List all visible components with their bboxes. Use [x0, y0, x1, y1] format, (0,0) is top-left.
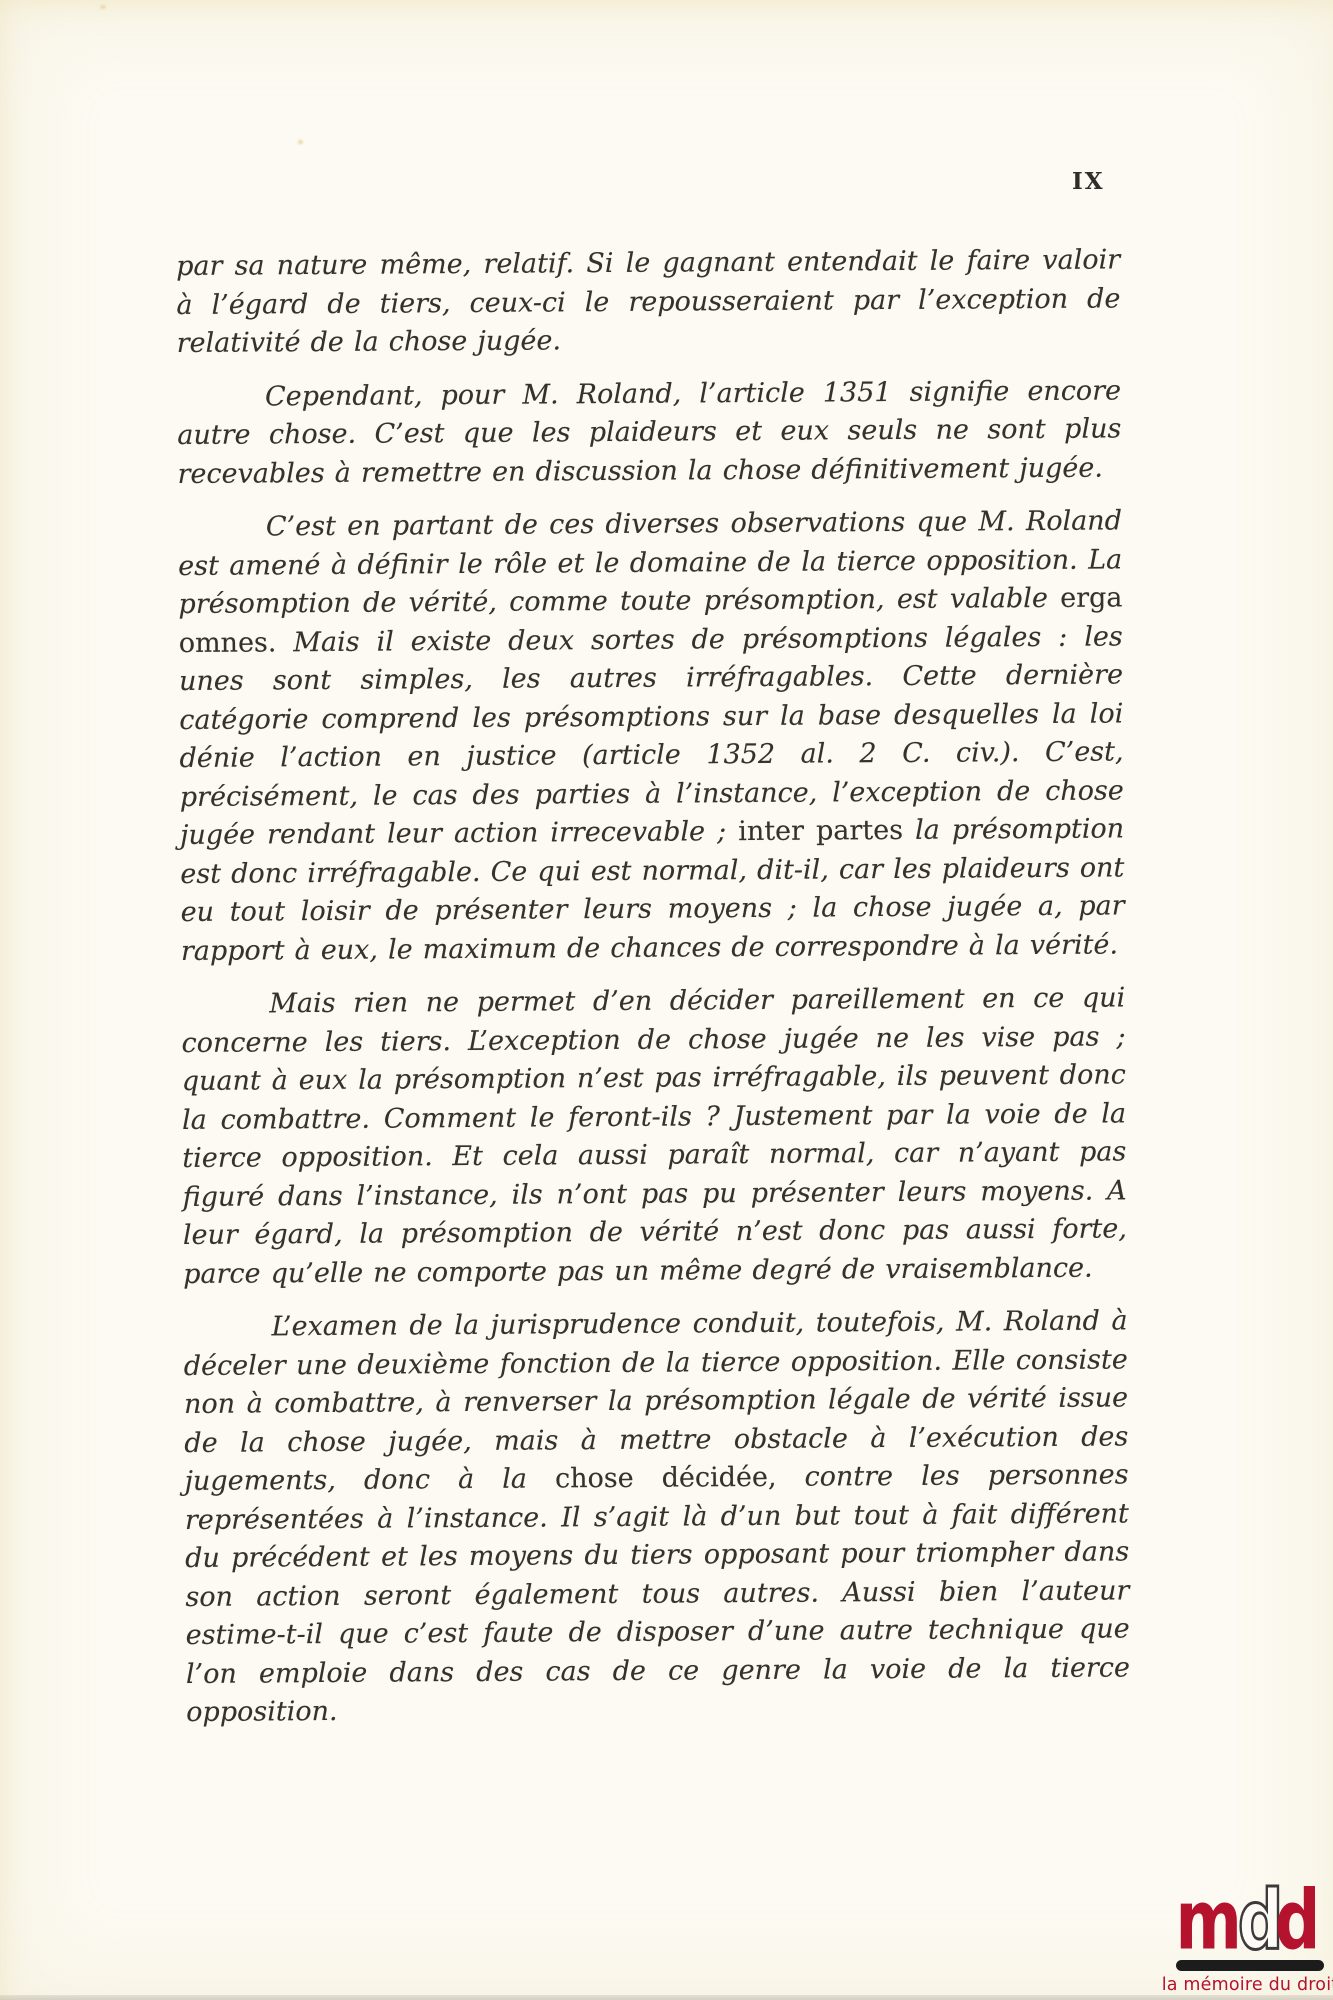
logo-letter-solid: m [1175, 1884, 1241, 1956]
scanned-book-page: IX par sa nature même, relatif. Si le ga… [0, 0, 1333, 2000]
roman-text-run: inter partes [738, 815, 903, 847]
mdd-logo-word: mdd [1174, 1884, 1326, 1956]
scan-speck [100, 5, 106, 9]
italic-text-run: Cependant, pour M. Roland, l’article 135… [177, 375, 1121, 490]
italic-text-run: par sa nature même, relatif. Si le gagna… [176, 244, 1120, 359]
paragraph: C’est en partant de ces diverses observa… [178, 502, 1125, 971]
body-text-block: par sa nature même, relatif. Si le gagna… [176, 241, 1130, 1747]
paragraph: par sa nature même, relatif. Si le gagna… [176, 241, 1121, 363]
paragraph: L’examen de la jurisprudence conduit, to… [183, 1302, 1130, 1732]
page-number: IX [1072, 168, 1105, 195]
italic-text-run: C’est en partant de ces diverses observa… [178, 505, 1122, 620]
logo-tagline: la mémoire du droit [1162, 1974, 1333, 1996]
logo-underline-bar [1176, 1960, 1324, 1971]
paragraph: Cependant, pour M. Roland, l’article 135… [177, 372, 1122, 494]
scan-bottom-edge [0, 1995, 1333, 2000]
italic-text-run: Mais rien ne permet d’en décider pareill… [181, 982, 1127, 1289]
italic-text-run: contre les personnes représentées à l’in… [185, 1459, 1130, 1728]
roman-text-run: chose décidée, [555, 1462, 777, 1495]
mdd-logo: mdd la mémoire du droit [1171, 1884, 1329, 1996]
scan-speck [298, 140, 303, 144]
paragraph: Mais rien ne permet d’en décider pareill… [181, 979, 1127, 1294]
logo-letter-solid: d [1275, 1884, 1321, 1956]
